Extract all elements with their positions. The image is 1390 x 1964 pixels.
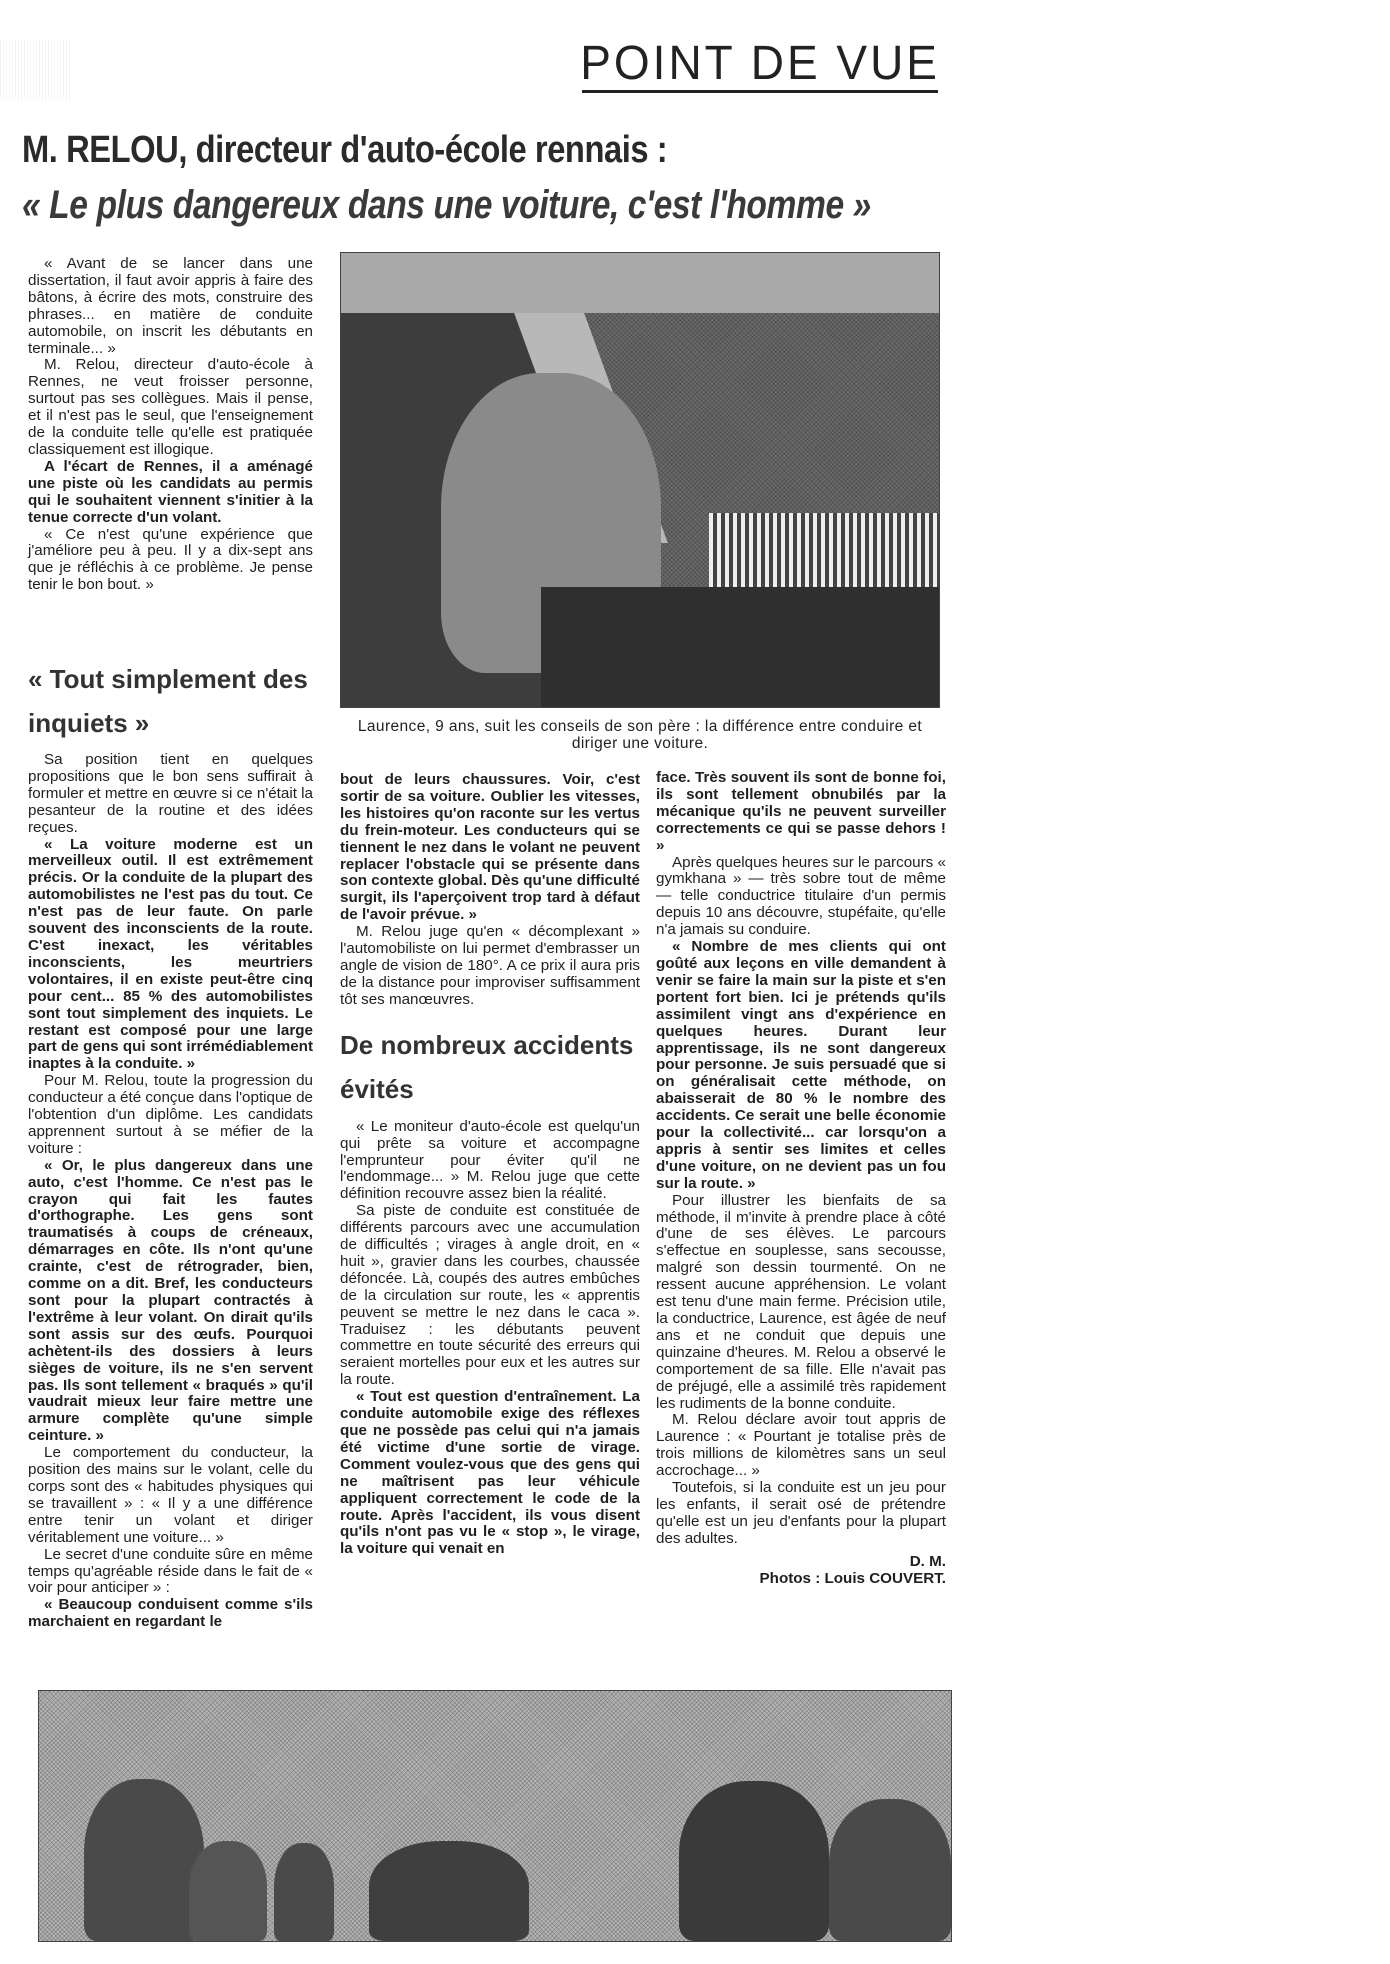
paragraph: Pour M. Relou, toute la progression du c…: [28, 1073, 313, 1158]
subheading-accidents: De nombreux accidents évités: [340, 1023, 640, 1111]
paragraph: Toutefois, si la conduite est un jeu pou…: [656, 1480, 946, 1548]
paragraph-quote: « La voiture moderne est un merveilleux …: [28, 837, 313, 1074]
photo-figure: [369, 1841, 529, 1941]
paragraph-quote: « Beaucoup conduisent comme s'ils marcha…: [28, 1597, 313, 1631]
paragraph: Sa piste de conduite est constituée de d…: [340, 1203, 640, 1389]
photo-floor: [541, 587, 939, 707]
headline-title: « Le plus dangereux dans une voiture, c'…: [22, 182, 938, 228]
photo-caption: Laurence, 9 ans, suit les conseils de so…: [340, 718, 940, 752]
photo-figure: [84, 1779, 204, 1941]
paragraph: Après quelques heures sur le parcours « …: [656, 855, 946, 940]
paragraph: Le secret d'une conduite sûre en même te…: [28, 1547, 313, 1598]
paragraph-quote: « Or, le plus dangereux dans une auto, c…: [28, 1158, 313, 1445]
paragraph-quote: face. Très souvent ils sont de bonne foi…: [656, 770, 946, 855]
photo-figure: [274, 1843, 334, 1941]
photo-roof: [341, 253, 939, 313]
section-rubric: POINT DE VUE: [580, 37, 940, 87]
paragraph: M. Relou juge qu'en « décomplexant » l'a…: [340, 924, 640, 1009]
photo-credit: Photos : Louis COUVERT.: [656, 1571, 946, 1588]
paragraph-quote: bout de leurs chaussures. Voir, c'est so…: [340, 772, 640, 924]
paragraph-quote: « Tout est question d'entraînement. La c…: [340, 1389, 640, 1558]
photo-girl-driving: [340, 252, 940, 708]
scan-artifact: [0, 40, 70, 100]
paragraph: Pour illustrer les bienfaits de sa métho…: [656, 1193, 946, 1413]
article-column-2: bout de leurs chaussures. Voir, c'est so…: [340, 772, 640, 1558]
photo-figure: [189, 1841, 267, 1941]
paragraph-quote: « Nombre de mes clients qui ont goûté au…: [656, 939, 946, 1193]
paragraph: M. Relou, directeur d'auto-école à Renne…: [28, 357, 313, 458]
paragraph: M. Relou déclare avoir tout appris de La…: [656, 1412, 946, 1480]
photo-figure: [829, 1799, 951, 1941]
paragraph: Le comportement du conducteur, la positi…: [28, 1445, 313, 1546]
rubric-underline: [582, 90, 938, 93]
photo-group-outdoors: [38, 1690, 952, 1942]
byline: D. M. Photos : Louis COUVERT.: [656, 1554, 946, 1588]
headline-kicker: M. RELOU, directeur d'auto-école rennais…: [22, 128, 796, 172]
author-signature: D. M.: [656, 1554, 946, 1571]
paragraph: « Avant de se lancer dans une dissertati…: [28, 256, 313, 357]
paragraph: A l'écart de Rennes, il a aménagé une pi…: [28, 459, 313, 527]
article-column-3: face. Très souvent ils sont de bonne foi…: [656, 770, 946, 1588]
article-column-1-continued: Sa position tient en quelques propositio…: [28, 752, 313, 1631]
paragraph: Sa position tient en quelques propositio…: [28, 752, 313, 837]
article-column-1: « Avant de se lancer dans une dissertati…: [28, 256, 313, 594]
paragraph: « Le moniteur d'auto-école est quelqu'un…: [340, 1119, 640, 1204]
subheading-inquiets: « Tout simplement des inquiets »: [28, 657, 313, 745]
photo-figure: [679, 1781, 829, 1941]
paragraph: « Ce n'est qu'une expérience que j'améli…: [28, 527, 313, 595]
